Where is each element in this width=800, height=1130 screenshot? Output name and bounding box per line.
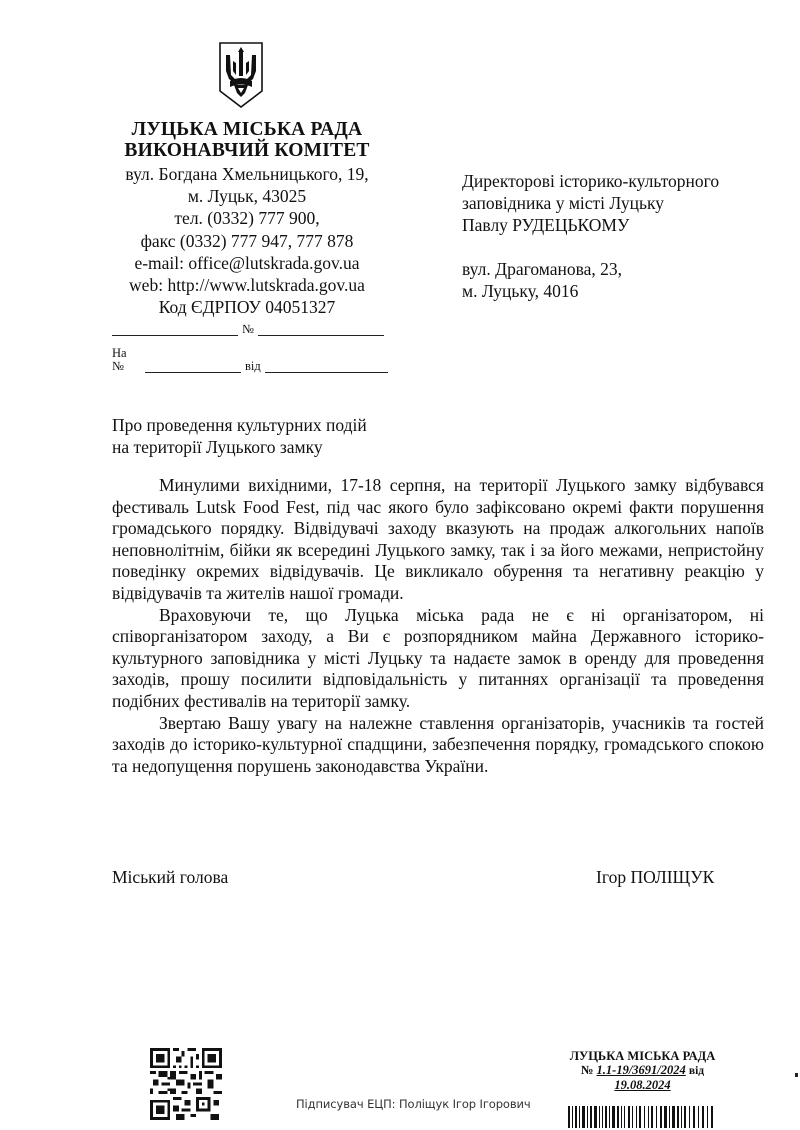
signatory-name: Ігор ПОЛІЩУК bbox=[596, 867, 714, 888]
digital-signature-signer: Підписувач ЕЦП: Поліщук Ігор Ігорович bbox=[296, 1097, 531, 1111]
org-committee: ВИКОНАВЧИЙ КОМІТЕТ bbox=[100, 140, 394, 161]
addressee-city: м. Луцьку, 4016 bbox=[462, 280, 782, 302]
stamp-number-prefix: № bbox=[581, 1063, 594, 1077]
outgoing-date-blank bbox=[112, 323, 238, 336]
number-label: № bbox=[238, 323, 258, 336]
outgoing-registration-line: № bbox=[112, 323, 388, 336]
scan-artifact-dot bbox=[795, 1073, 798, 1077]
registration-stamp: ЛУЦЬКА МІСЬКА РАДА № 1.1-19/3691/2024 ві… bbox=[560, 1049, 725, 1092]
sender-edrpou-code: Код ЄДРПОУ 04051327 bbox=[100, 296, 394, 318]
org-name: ЛУЦЬКА МІСЬКА РАДА bbox=[100, 119, 394, 140]
body-paragraph: Враховуючи те, що Луцька міська рада не … bbox=[112, 605, 764, 713]
addressee-name: Павлу РУДЕЦЬКОМУ bbox=[462, 214, 782, 236]
sender-phone: тел. (0332) 777 900, bbox=[100, 207, 394, 229]
body-paragraph: Минулими вихідними, 17-18 серпня, на тер… bbox=[112, 475, 764, 605]
incoming-reference-line: На № від bbox=[112, 347, 388, 373]
stamp-from-label: від bbox=[689, 1065, 704, 1077]
body-paragraph: Звертаю Вашу увагу на належне ставлення … bbox=[112, 713, 764, 778]
sender-fax: факс (0332) 777 947, 777 878 bbox=[100, 230, 394, 252]
sender-address-street: вул. Богдана Хмельницького, 19, bbox=[100, 163, 394, 185]
sender-organization: ЛУЦЬКА МІСЬКА РАДА ВИКОНАВЧИЙ КОМІТЕТ bbox=[100, 119, 394, 161]
subject-line2: на території Луцького замку bbox=[112, 436, 432, 458]
barcode-icon bbox=[568, 1106, 718, 1128]
reply-date-blank bbox=[265, 360, 388, 373]
signatory-position: Міський голова bbox=[112, 867, 228, 888]
addressee-title-line1: Директорові історико-культорного bbox=[462, 170, 782, 192]
outgoing-number-blank bbox=[258, 323, 384, 336]
addressee-title-line2: заповідника у місті Луцьку bbox=[462, 192, 782, 214]
subject-line1: Про проведення культурних подій bbox=[112, 414, 432, 436]
ukraine-trident-coat-of-arms-icon bbox=[218, 41, 264, 109]
letter-subject: Про проведення культурних подій на терит… bbox=[112, 414, 432, 458]
sender-address-city: м. Луцьк, 43025 bbox=[100, 185, 394, 207]
stamp-registration-date: 19.08.2024 bbox=[560, 1078, 725, 1092]
stamp-organization: ЛУЦЬКА МІСЬКА РАДА bbox=[560, 1049, 725, 1063]
stamp-registration-number: 1.1-19/3691/2024 bbox=[597, 1063, 686, 1077]
addressee-street: вул. Драгоманова, 23, bbox=[462, 258, 782, 280]
addressee-block: Директорові історико-культорного заповід… bbox=[462, 170, 782, 302]
reply-to-label: На № bbox=[112, 347, 145, 373]
date-label: від bbox=[241, 360, 265, 373]
sender-contacts: вул. Богдана Хмельницького, 19, м. Луцьк… bbox=[100, 163, 394, 318]
letter-body: Минулими вихідними, 17-18 серпня, на тер… bbox=[112, 475, 764, 777]
stamp-number-line: № 1.1-19/3691/2024 від bbox=[560, 1063, 725, 1078]
qr-code-icon bbox=[150, 1048, 222, 1120]
reply-number-blank bbox=[145, 360, 241, 373]
sender-website: web: http://www.lutskrada.gov.ua bbox=[100, 274, 394, 296]
sender-email: e-mail: office@lutskrada.gov.ua bbox=[100, 252, 394, 274]
